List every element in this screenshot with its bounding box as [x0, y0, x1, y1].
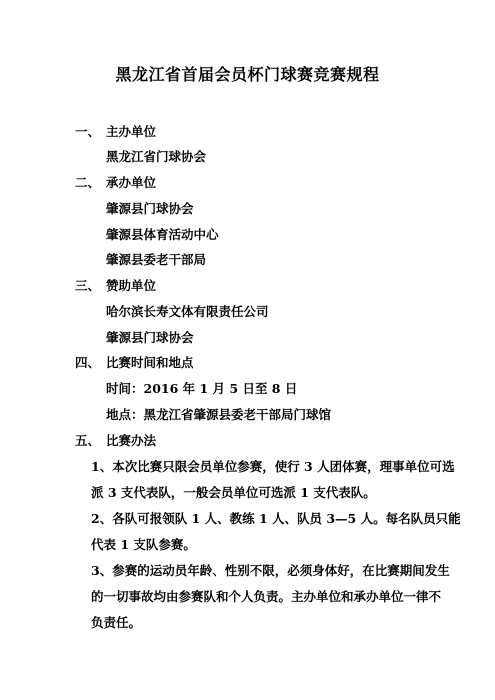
- section-item: 黑龙江省门球协会: [106, 147, 206, 165]
- section-heading: 承办单位: [106, 173, 156, 191]
- section-item: 肇源县门球协会: [106, 328, 194, 346]
- section-number: 一、: [75, 122, 100, 140]
- rule-line: 代表 1 支队参赛。: [91, 535, 196, 553]
- section-item: 哈尔滨长寿文体有限责任公司: [106, 302, 269, 320]
- section-number: 四、: [75, 353, 100, 371]
- section-item: 肇源县门球协会: [106, 199, 194, 217]
- section-heading: 赞助单位: [106, 276, 156, 294]
- section-heading: 比赛时间和地点: [106, 353, 194, 371]
- rule-line: 3、参赛的运动员年龄、性别不限，必须身体好，在比赛期间发生: [91, 561, 450, 579]
- section-number: 三、: [75, 276, 100, 294]
- rule-line: 的一切事故均由参赛队和个人负责。主办单位和承办单位一律不: [91, 587, 441, 605]
- section-item: 肇源县委老干部局: [106, 250, 206, 268]
- section-item: 肇源县体育活动中心: [106, 225, 219, 243]
- document-title: 黑龙江省首届会员杯门球赛竞赛规程: [0, 62, 495, 85]
- rule-line: 负责任。: [91, 613, 141, 631]
- section-item: 地点：黑龙江省肇源县委老干部局门球馆: [106, 405, 331, 423]
- rule-line: 1、本次比赛只限会员单位参赛，使行 3 人团体赛，理事单位可选: [91, 457, 455, 475]
- section-number: 五、: [75, 431, 100, 449]
- rule-line: 派 3 支代表队，一般会员单位可选派 1 支代表队。: [91, 483, 376, 501]
- section-item: 时间：2016 年 1 月 5 日至 8 日: [106, 379, 297, 397]
- section-heading: 主办单位: [106, 122, 156, 140]
- rule-line: 2、各队可报领队 1 人、教练 1 人、队员 3—5 人。每名队员只能: [91, 509, 461, 527]
- section-heading: 比赛办法: [106, 431, 156, 449]
- section-number: 二、: [75, 173, 100, 191]
